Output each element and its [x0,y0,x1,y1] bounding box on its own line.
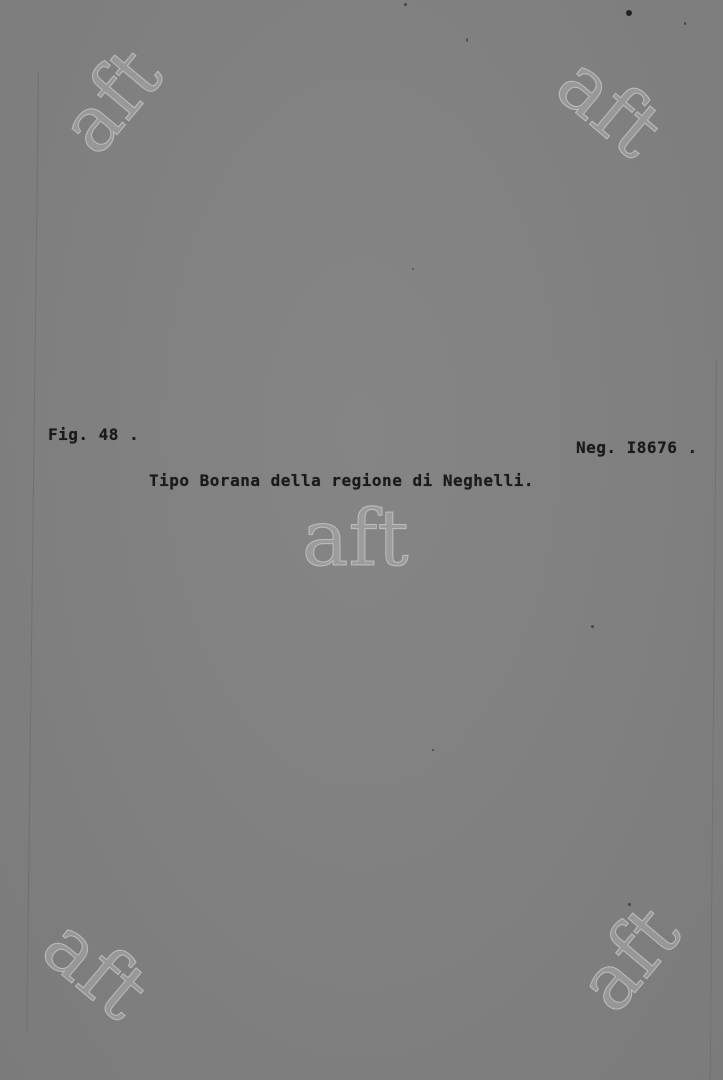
dust-speck [684,22,686,25]
card-edge-left [26,72,39,1032]
dust-speck [466,38,468,42]
card-edge-right [710,360,717,1080]
watermark-top-right: aft [543,43,675,171]
negative-number: Neg. I8676 . [576,438,698,457]
dust-speck [412,268,414,270]
caption: Tipo Borana della regione di Neghelli. [149,471,534,490]
dust-speck [432,749,434,751]
watermark-bottom-left: aft [29,905,161,1033]
watermark-center: aft [302,500,409,578]
dust-speck [626,10,632,16]
dust-speck [591,625,594,628]
dust-speck [404,3,407,6]
watermark-top-left: aft [47,35,175,167]
watermark-bottom-right: aft [565,893,693,1025]
dust-speck [628,903,631,906]
archival-card: aft aft aft aft aft Fig. 48 . Neg. I8676… [0,0,723,1080]
figure-label: Fig. 48 . [48,425,139,444]
